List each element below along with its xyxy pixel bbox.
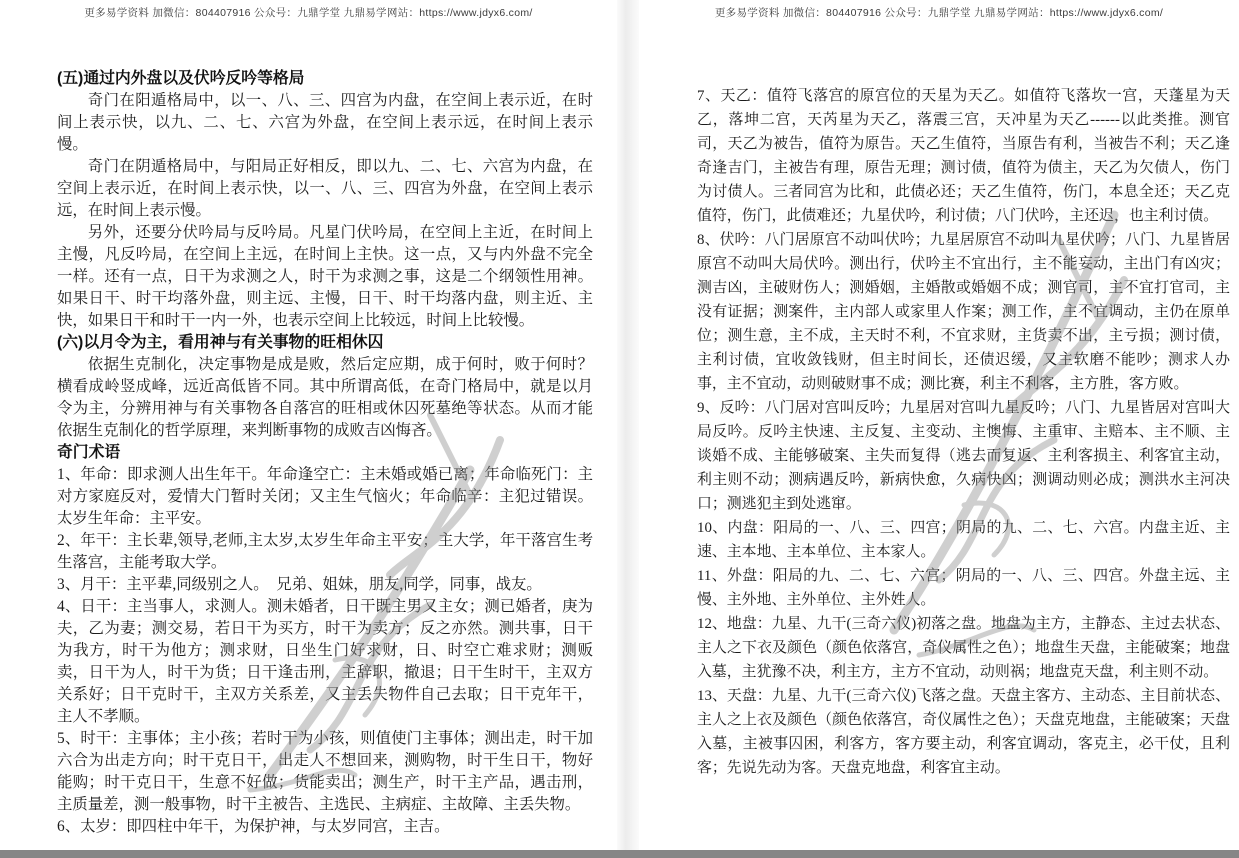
paragraph: 奇门在阳遁格局中，以一、八、三、四宫为内盘，在空间上表示近，在时间上表示快，以九… [57, 90, 593, 156]
section-heading-6: (六)以月令为主，看用神与有关事物的旺相休囚 [57, 332, 593, 354]
document-viewer: 更多易学资料 加微信：804407916 公众号：九鼎学堂 九鼎易学网站：htt… [0, 0, 1239, 858]
page-right: 更多易学资料 加微信：804407916 公众号：九鼎学堂 九鼎易学网站：htt… [639, 0, 1239, 850]
terms-heading: 奇门术语 [57, 442, 593, 464]
term-item-4: 4、日干：主当事人，求测人。测未婚者，日干既主男又主女；测已婚者，庚为夫，乙为妻… [57, 596, 593, 728]
term-item-9: 9、反吟：八门居对宫叫反吟；九星居对宫叫九星反吟；八门、九星皆居对宫叫大局反吟。… [697, 396, 1230, 516]
page-header-right: 更多易学资料 加微信：804407916 公众号：九鼎学堂 九鼎易学网站：htt… [639, 5, 1239, 20]
term-item-2: 2、年干：主长辈,领导,老师,主太岁,太岁生年命主平安；主大学，年干落宫生考生落… [57, 530, 593, 574]
term-item-13: 13、天盘：九星、九干(三奇六仪)飞落之盘。天盘主客方、主动态、主目前状态、主人… [697, 684, 1230, 780]
term-item-3: 3、月干：主平辈,同级别之人。 兄弟、姐妹，朋友,同学，同事，战友。 [57, 574, 593, 596]
paragraph: 依据生克制化，决定事物是成是败，然后定应期，成于何时，败于何时？横看成岭竖成峰，… [57, 354, 593, 442]
page-left-content: (五)通过内外盘以及伏吟反吟等格局 奇门在阳遁格局中，以一、八、三、四宫为内盘，… [57, 68, 593, 838]
paragraph: 奇门在阴遁格局中，与阳局正好相反，即以九、二、七、六宫为内盘，在空间上表示近，在… [57, 156, 593, 222]
term-item-8: 8、伏吟：八门居原宫不动叫伏吟；九星居原宫不动叫九星伏吟；八门、九星皆居原宫不动… [697, 228, 1230, 396]
page-left: 更多易学资料 加微信：804407916 公众号：九鼎学堂 九鼎易学网站：htt… [0, 0, 617, 850]
term-item-7: 7、天乙：值符飞落宫的原宫位的天星为天乙。如值符飞落坎一宫，天蓬星为天乙，落坤二… [697, 84, 1230, 228]
term-item-11: 11、外盘：阳局的九、二、七、六宫；阴局的一、八、三、四宫。外盘主远、主慢、主外… [697, 564, 1230, 612]
term-item-1: 1、年命：即求测人出生年干。年命逢空亡：主未婚或婚已离；年命临死门：主对方家庭反… [57, 464, 593, 530]
page-divider [617, 0, 639, 850]
term-item-12: 12、地盘：九星、九干(三奇六仪)初落之盘。地盘为主方，主静态、主过去状态、主人… [697, 612, 1230, 684]
term-item-10: 10、内盘：阳局的一、八、三、四宫；阴局的九、二、七、六宫。内盘主近、主速、主本… [697, 516, 1230, 564]
page-header-left: 更多易学资料 加微信：804407916 公众号：九鼎学堂 九鼎易学网站：htt… [0, 5, 617, 20]
term-item-6: 6、太岁：即四柱中年干，为保护神，与太岁同宫，主吉。 [57, 816, 593, 838]
paragraph: 另外，还要分伏吟局与反吟局。凡星门伏吟局，在空间上主近，在时间上主慢，凡反吟局，… [57, 222, 593, 332]
page-right-content: 7、天乙：值符飞落宫的原宫位的天星为天乙。如值符飞落坎一宫，天蓬星为天乙，落坤二… [697, 84, 1230, 780]
section-heading-5: (五)通过内外盘以及伏吟反吟等格局 [57, 68, 593, 90]
term-item-5: 5、时干：主事体；主小孩；若时干为小孩，则值使门主事体；测出走，时干加六合为出走… [57, 728, 593, 816]
bottom-bar [0, 850, 1239, 858]
